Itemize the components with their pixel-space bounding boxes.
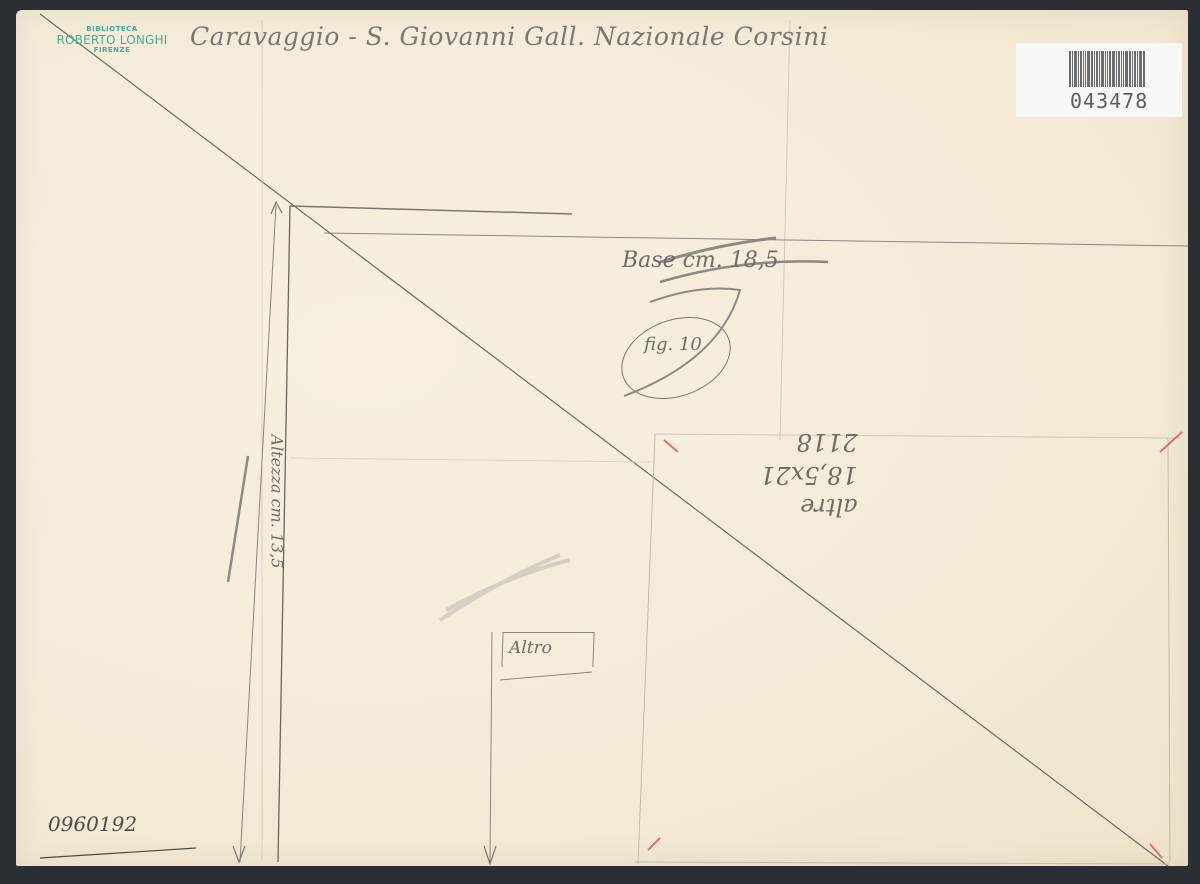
stamp-line-3: FIRENZE xyxy=(52,47,172,55)
library-stamp: BIBLIOTECA ROBERTO LONGHI FIRENZE xyxy=(52,26,172,55)
barcode-number: 043478 xyxy=(1070,89,1148,113)
height-measurement-note: Altezza cm. 13,5 xyxy=(267,435,286,569)
barcode-icon xyxy=(1069,51,1169,87)
altro-label: Altro xyxy=(509,638,553,658)
inverted-dimensions-note: altre 18,5x21 2118 xyxy=(760,426,858,523)
inventory-number: 0960192 xyxy=(48,812,137,836)
altro-box: Altro xyxy=(501,632,594,667)
figure-note: fig. 10 xyxy=(644,334,702,355)
pencil-guides xyxy=(0,0,1200,884)
dims-line-1: altre xyxy=(760,491,858,523)
dims-line-2: 18,5x21 xyxy=(760,458,858,490)
diagonal-crop-line xyxy=(40,14,1168,866)
stamp-line-2: ROBERTO LONGHI xyxy=(52,34,172,47)
artwork-title-note: Caravaggio - S. Giovanni Gall. Nazionale… xyxy=(190,22,828,51)
base-measurement-note: Base cm. 18,5 xyxy=(622,248,779,273)
barcode-label: 043478 xyxy=(1016,43,1182,117)
dims-line-3: 2118 xyxy=(760,426,858,458)
